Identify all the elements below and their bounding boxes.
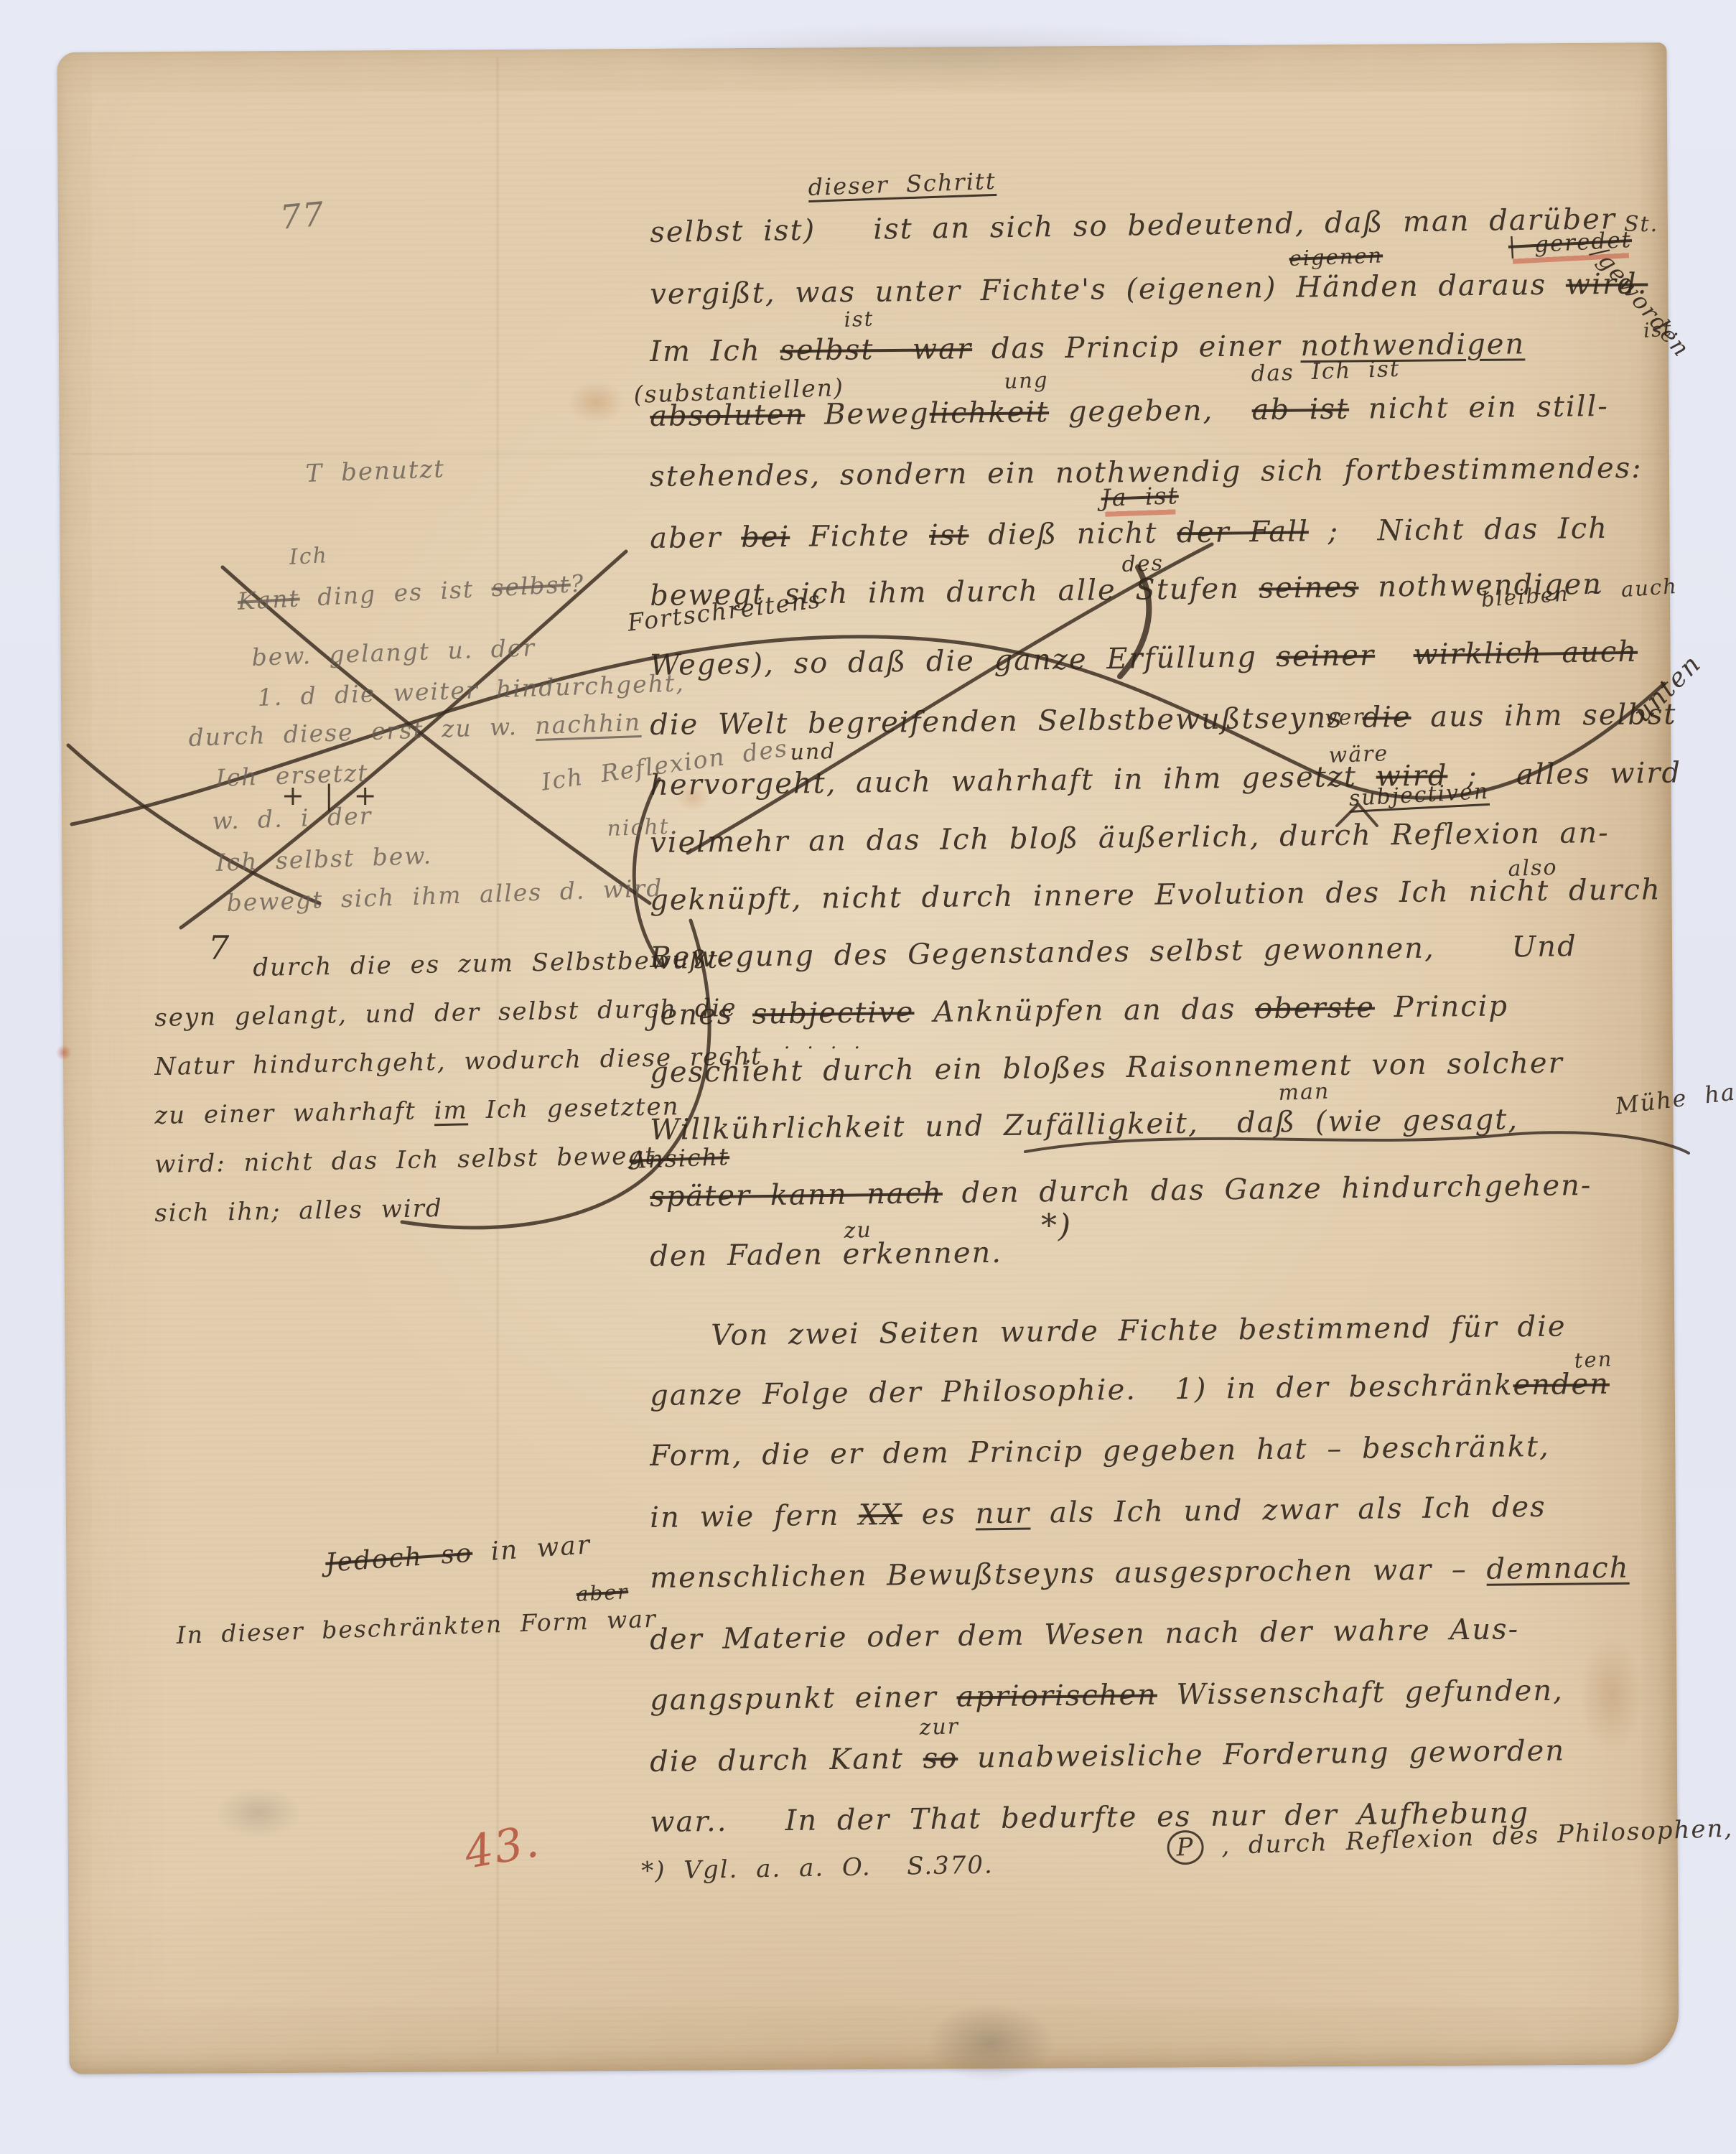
text-segment: Ich <box>289 543 329 570</box>
text-segment: subjective <box>752 996 915 1030</box>
text-segment: demnach <box>1486 1552 1629 1586</box>
text-segment: T benutzt <box>305 454 446 488</box>
text-segment: hervorgeht, auch wahrhaft in ihm gesetzt <box>650 760 1376 802</box>
text-segment: man <box>1278 1078 1330 1105</box>
text-segment: nur <box>975 1497 1030 1531</box>
main-line: Form, die er dem Princip gegeben hat – b… <box>650 1431 1550 1472</box>
interline-insert: und <box>790 740 836 765</box>
text-segment: ist. <box>1643 316 1681 342</box>
text-segment: selbst <box>490 570 571 602</box>
interline-insert: das Ich ist <box>1251 357 1401 386</box>
text-segment: Anknüpfen an das <box>914 992 1255 1029</box>
margin-note: In dieser beschränkten Form war <box>176 1606 657 1649</box>
text-segment: dieser Schritt <box>808 167 997 201</box>
margin-paragraph-line: zu einer wahrhaft im Ich gesetzten <box>154 1094 680 1129</box>
text-segment: nicht. <box>607 814 678 841</box>
margin-pencil-note: durch diese erst zu w. nachhin <box>188 709 642 751</box>
text-segment: 7 <box>208 928 230 967</box>
main-line: Von zwei Seiten wurde Fichte bestimmend … <box>711 1311 1567 1351</box>
text-segment: aber <box>576 1580 629 1606</box>
text-segment: und <box>790 739 836 765</box>
margin-pencil-note: Ich ersetzt <box>215 760 369 792</box>
margin-pencil-note: bew. gelangt u. der <box>251 635 536 671</box>
text-segment: gangspunkt einer <box>650 1681 957 1717</box>
margin-paragraph-line: sich ihn; alles wird <box>154 1195 443 1227</box>
interline-insert: aber <box>576 1581 629 1606</box>
text-segment: Weges), so daß die ganze Erfüllung <box>650 640 1277 682</box>
margin-note-right: St. <box>1624 213 1658 236</box>
text-segment: In dieser beschränkten Form war <box>176 1605 657 1649</box>
text-segment: oberste <box>1255 991 1375 1025</box>
text-segment: Form, die er dem Princip gegeben hat – b… <box>650 1430 1550 1473</box>
interline-insert: zur <box>919 1715 960 1740</box>
text-segment: ganze Folge der Philosophie. 1) in der b… <box>650 1369 1513 1412</box>
interline-insert: ung <box>1004 369 1049 393</box>
text-segment: ung <box>1004 368 1049 393</box>
main-line: geknüpft, nicht durch innere Evolution d… <box>650 874 1661 916</box>
main-line: gangspunkt einer apriorischen Wissenscha… <box>650 1675 1564 1716</box>
main-line: ganze Folge der Philosophie. 1) in der b… <box>650 1369 1610 1412</box>
margin-pencil-note: Kant ding es ist selbst? <box>237 571 585 615</box>
margin-paragraph-line: wird: nicht das Ich selbst bewegt <box>154 1143 656 1179</box>
text-segment: ab ist <box>1251 393 1349 426</box>
text-segment: durch die es zum Selbstbewußt- <box>253 945 729 982</box>
text-segment: Beweg <box>805 397 930 432</box>
text-segment: unabweisliche Forderung geworden <box>958 1734 1565 1774</box>
text-segment: lichkeit <box>929 396 1049 430</box>
page-number: 77 <box>279 196 327 236</box>
text-segment: Mühe hat, <box>1614 1076 1736 1120</box>
margin-scribble: Jedoch so in war <box>325 1531 592 1577</box>
text-segment: die durch Kant <box>650 1742 923 1778</box>
text-segment: ? <box>570 569 586 598</box>
main-line: vielmehr an das Ich bloß äußerlich, durc… <box>650 817 1610 859</box>
text-segment: dieß nicht <box>969 516 1177 551</box>
margin-note-right: Mühe hat, <box>1614 1077 1736 1119</box>
text-segment: später kann nach <box>650 1177 943 1213</box>
margin-pencil-note: T benutzt <box>305 456 446 488</box>
margin-pencil-note: Ich selbst bew. <box>215 842 433 876</box>
main-line: die durch Kant so unabweisliche Forderun… <box>650 1735 1565 1778</box>
main-line: menschlichen Bewußtseyns ausgesprochen w… <box>650 1552 1630 1594</box>
text-segment: Kant <box>237 584 301 615</box>
text-segment: ist an sich so bedeutend, daß man darübe… <box>816 202 1616 247</box>
text-segment: ist <box>844 307 874 332</box>
interline-insert: man <box>1278 1079 1330 1104</box>
text-segment: P <box>1167 1829 1205 1865</box>
text-segment: vielmehr an das Ich bloß äußerlich, durc… <box>650 816 1610 859</box>
text-segment: Von zwei Seiten wurde Fichte bestimmend … <box>711 1310 1567 1352</box>
text-segment: in wie fern <box>650 1498 859 1534</box>
text-segment: im <box>434 1096 468 1125</box>
text-segment: seiner <box>1276 639 1375 673</box>
text-segment: die Welt begreifenden Selbstbewußtseyns <box>650 701 1363 742</box>
main-line: der Materie oder dem Wesen nach der wahr… <box>650 1613 1519 1656</box>
margin-note-right: /geworden <box>1587 241 1694 362</box>
text-segment: die <box>1362 701 1411 735</box>
margin-note-right: ist. <box>1643 317 1681 342</box>
interline-insert: ist <box>844 308 874 332</box>
text-segment: zur <box>919 1714 960 1740</box>
text-segment: das Ich ist <box>1251 356 1401 387</box>
main-line: Willkührlichkeit und Zufälligkeit, daß (… <box>650 1104 1518 1146</box>
text-segment: ist <box>929 518 969 552</box>
text-segment: apriorischen <box>956 1679 1157 1714</box>
text-segment: nachhin <box>535 708 642 740</box>
text-segment: ding es ist <box>299 574 493 612</box>
main-line: in wie fern XX es nur als Ich und zwar a… <box>650 1491 1546 1534</box>
text-segment: bei <box>741 521 790 554</box>
text-segment: Willkührlichkeit und Zufälligkeit, daß (… <box>650 1103 1518 1147</box>
main-line: Weges), so daß die ganze Erfüllung seine… <box>650 636 1638 681</box>
text-segment: das Princip einer <box>972 330 1301 365</box>
text-segment: w. d. i der <box>212 801 373 835</box>
text-segment: 1. d die weiter hindurchgeht, <box>257 668 685 712</box>
insertion-mark: 7 <box>208 930 230 966</box>
text-segment: nicht ein still- <box>1349 390 1609 426</box>
text-segment: der Fall <box>1177 515 1309 549</box>
text-segment: eigenen <box>1289 243 1383 271</box>
text-segment: ; Nicht das Ich <box>1309 512 1608 548</box>
text-segment: Ich selbst bew. <box>215 841 433 877</box>
text-segment: es <box>902 1497 976 1531</box>
text-segment: den durch das Ganze hindurchgehen- <box>943 1169 1592 1210</box>
text-segment: Ich ersetzt <box>215 759 369 792</box>
text-segment: als Ich und zwar als Ich des <box>1030 1491 1546 1530</box>
margin-pencil-note: w. d. i der <box>212 803 373 834</box>
main-line: die Welt begreifenden Selbstbewußtseyns … <box>650 699 1677 741</box>
main-line: den Faden erkennen. <box>650 1237 1002 1272</box>
red-archival-number: 43. <box>461 1817 543 1878</box>
text-segment: bewegt sich ihm alles d. wird <box>226 874 663 917</box>
text-segment: bew. gelangt u. der <box>251 633 536 671</box>
text-segment: St. <box>1624 212 1658 237</box>
text-segment: in war <box>472 1530 592 1567</box>
scanner-background: { "page": { "number": "77", "red_mark": … <box>0 0 1736 2154</box>
margin-pencil-note: nicht. <box>607 815 678 841</box>
text-segment: sich ihn; alles wird <box>154 1194 443 1228</box>
text-segment: aber <box>650 521 741 555</box>
margin-pencil-note: Ich <box>289 544 329 569</box>
text-segment: Ich gesetzten <box>467 1092 679 1124</box>
text-segment: Princip <box>1375 989 1509 1024</box>
text-segment <box>1375 638 1414 672</box>
margin-paragraph-line: durch die es zum Selbstbewußt- <box>253 946 729 982</box>
text-segment: Im Ich <box>650 334 780 368</box>
text-segment: wirklich auch <box>1413 635 1638 671</box>
text-segment: menschlichen Bewußtseyns ausgesprochen w… <box>650 1553 1487 1595</box>
text-segment: Wissenschaft gefunden, <box>1157 1674 1564 1712</box>
text-segment: /geworden <box>1587 241 1695 363</box>
handwriting-layer: 77 43. *) Vgl. a. a. O. S.370. dieser Sc… <box>0 0 1736 2154</box>
text-segment: selbst ist) <box>650 214 816 249</box>
text-segment: durch diese erst zu w. <box>188 712 536 752</box>
main-line: Bewegung des Gegenstandes selbst gewonne… <box>650 931 1577 974</box>
text-segment: selbst war <box>780 332 972 367</box>
text-segment: enden <box>1513 1368 1610 1402</box>
text-segment: wird: nicht das Ich selbst bewegt <box>154 1142 656 1179</box>
interline-insert: Ja ist <box>1101 482 1179 511</box>
main-line: selbst ist) ist an sich so bedeutend, da… <box>650 203 1616 248</box>
text-segment: den Faden erkennen. <box>650 1236 1002 1273</box>
text-segment: *) <box>1041 1208 1072 1244</box>
main-line: aber bei Fichte ist dieß nicht der Fall … <box>650 513 1608 554</box>
margin-pencil-note: 1. d die weiter hindurchgeht, <box>257 670 685 711</box>
text-segment: geknüpft, nicht durch innere Evolution d… <box>650 873 1661 917</box>
main-line: vergißt, was unter Fichte's (eigenen) Hä… <box>650 268 1648 310</box>
main-line: später kann nach den durch das Ganze hin… <box>650 1170 1592 1213</box>
text-segment: Fichte <box>790 519 929 554</box>
main-line: jenes subjective Anknüpfen an das oberst… <box>650 990 1508 1031</box>
text-segment: Ja ist <box>1101 481 1179 512</box>
text-segment: der Materie oder dem Wesen nach der wahr… <box>650 1613 1519 1656</box>
text-segment: vergißt, was unter Fichte's (eigenen) Hä… <box>650 269 1566 311</box>
footnote-mark: *) <box>1041 1209 1072 1244</box>
text-segment: Bewegung des Gegenstandes selbst gewonne… <box>650 930 1577 974</box>
footnote: *) Vgl. a. a. O. S.370. <box>641 1852 994 1885</box>
text-segment: seines <box>1259 571 1359 605</box>
text-segment: zu einer wahrhaft <box>154 1096 434 1130</box>
text-segment: so <box>923 1742 958 1776</box>
text-segment: Jedoch so <box>325 1539 474 1578</box>
text-segment: wird. <box>1566 267 1648 301</box>
text-segment: absoluten <box>650 398 806 433</box>
interline-insert: eigenen <box>1289 244 1383 270</box>
text-segment: nothwendigen <box>1300 327 1525 363</box>
text-segment: XX <box>859 1498 903 1532</box>
margin-pencil-note: bewegt sich ihm alles d. wird <box>226 875 663 916</box>
interline-insert: dieser Schritt <box>808 169 997 200</box>
text-segment: gegeben, <box>1049 393 1252 429</box>
